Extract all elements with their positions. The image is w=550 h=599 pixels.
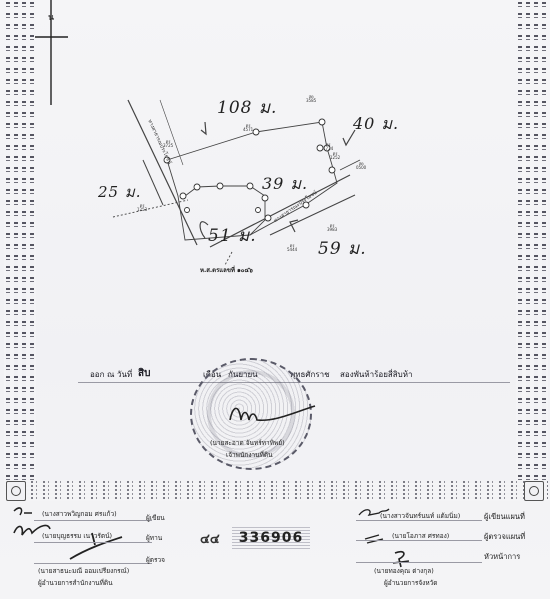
right-signer-role: ผู้ตรวจแผนที่ [484,531,525,543]
right-signer-role: หัวหน้าการ [484,551,520,563]
official-title: เจ้าพนักงานที่ดิน [226,450,273,460]
parcel-label: ตร1724 [323,143,333,151]
parcel-label: ตร3983 [327,224,337,232]
measurement-left: 25 ม. [98,180,142,204]
left-signer-name: (นายบุญธรรม เนาวรัตน์) [42,531,112,541]
issue-day: สิบ [138,366,150,381]
left-signer-name: (นางสาวพวิญกอม ศรแก้ว) [42,509,117,519]
title-deed-page: น [0,0,550,599]
parcel-label: ตร4571 [243,124,253,132]
parcel-map [0,0,550,300]
rosette-icon [524,481,544,501]
measurement-bottom-left: 51 ม. [208,222,257,249]
measurement-top: 108 ม. [217,94,277,121]
right-signer-name: (นายทองคุณ ต่างกุล) [374,566,434,576]
measurement-bottom-right: 59 ม. [318,235,367,262]
parcel-label: สด3585 [306,95,316,103]
left-signer-name: (นายสาธนะมณี ออมเปรียงกรณ์) [38,566,129,576]
issue-year: สองพันห้าร้อยสี่สิบห้า [340,368,413,381]
certificate-prefix: ๔๔ [200,528,220,549]
issue-prefix: ออก ณ วันที่ [90,368,132,381]
parcel-label: ตร1253 [137,204,147,212]
sig-line [34,520,152,521]
left-signer-role: ผู้ตรวจ [146,555,165,565]
right-signer-role: ผู้อำนวยการจังหวัด [384,578,437,588]
right-signer-name: (นายโอภาส ศรทอง) [392,531,449,541]
rosette-icon [6,481,26,501]
parcel-label: ตร1252 [330,152,340,160]
right-signer-name: (นางสาวจันทร์นนท์ แต้มนิ่ม) [380,511,460,521]
measurement-inner: 39 ม. [262,172,308,197]
parcel-label: ตร5444 [287,244,297,252]
sig-line [356,562,482,563]
official-signature [225,400,325,430]
reference-label: ห.ส.ตรแลขที่ ๑๐๔๖ [200,265,253,275]
left-signer-role: ผู้อำนวยการสำนักงานที่ดิน [38,578,113,588]
sig-line [34,542,152,543]
bottom-security-border [4,481,548,501]
parcel-label: สด0500 [356,162,366,170]
left-signer-role: ผู้เขียน [146,513,165,523]
left-signer-role: ผู้ทาน [146,533,162,543]
official-name: (นายสะอาด จันทร์ทาทิพย์) [210,438,285,448]
certificate-number: 336906 [232,527,310,549]
right-signer-role: ผู้เขียนแผนที่ [484,511,525,523]
sig-line [34,563,152,564]
measurement-right: 40 ม. [353,112,399,137]
